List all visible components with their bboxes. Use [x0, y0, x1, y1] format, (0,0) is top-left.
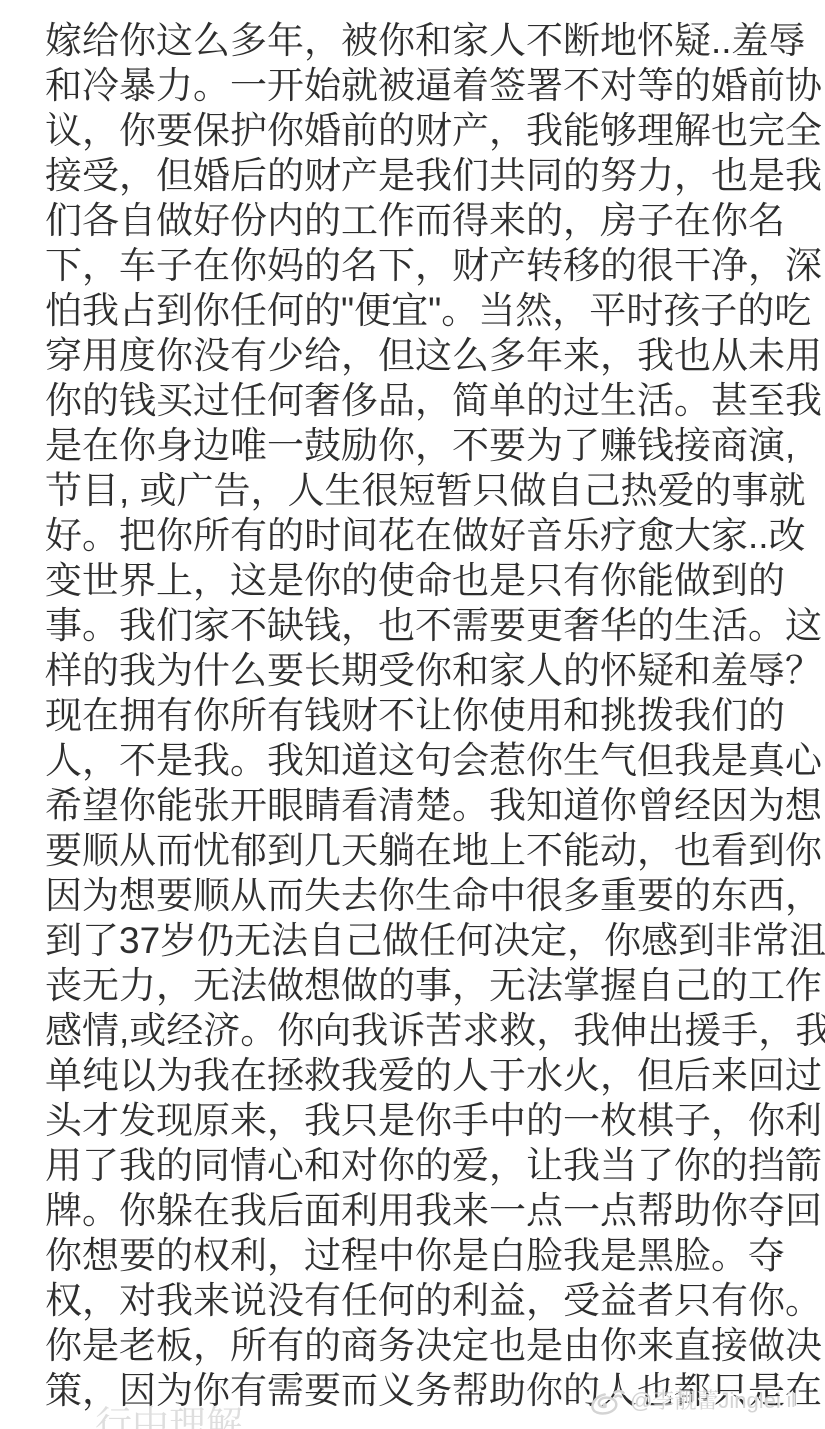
letter-text: 嫁给你这么多年，被你和家人不断地怀疑..羞辱和冷暴力。一开始就被逼着签署不对等的… [45, 18, 815, 1413]
text-line: 权，对我来说没有任何的利益，受益者只有你。 [45, 1278, 815, 1323]
text-line: 现在拥有你所有钱财不让你使用和挑拨我们的 [45, 693, 815, 738]
text-line: 们各自做好份内的工作而得来的，房子在你名 [45, 198, 815, 243]
text-line: 到了37岁仍无法自己做任何决定，你感到非常沮 [45, 918, 815, 963]
letter-partial-line: 行中理解。 [95, 1402, 280, 1429]
letter-image: 嫁给你这么多年，被你和家人不断地怀疑..羞辱和冷暴力。一开始就被逼着签署不对等的… [0, 0, 825, 1429]
text-line: 事。我们家不缺钱，也不需要更奢华的生活。这 [45, 603, 815, 648]
text-line: 样的我为什么要长期受你和家人的怀疑和羞辱？ [45, 648, 815, 693]
text-line: 和冷暴力。一开始就被逼着签署不对等的婚前协 [45, 63, 815, 108]
text-line: 变世界上，这是你的使命也是只有你能做到的 [45, 558, 815, 603]
text-line: 用了我的同情心和对你的爱，让我当了你的挡箭 [45, 1143, 815, 1188]
watermark-handle: @李靓蕾Jinglei [630, 1386, 781, 1416]
text-line: 头才发现原来，我只是你手中的一枚棋子，你利 [45, 1098, 815, 1143]
text-line: 你想要的权利，过程中你是白脸我是黑脸。夺 [45, 1233, 815, 1278]
text-line: 好。把你所有的时间花在做好音乐疗愈大家..改 [45, 513, 815, 558]
text-line: 人，不是我。我知道这句会惹你生气但我是真心 [45, 738, 815, 783]
weibo-logo-icon [590, 1386, 626, 1416]
text-line: 接受，但婚后的财产是我们共同的努力，也是我 [45, 153, 815, 198]
text-line: 牌。你躲在我后面利用我来一点一点帮助你夺回 [45, 1188, 815, 1233]
text-line: 嫁给你这么多年，被你和家人不断地怀疑..羞辱 [45, 18, 815, 63]
text-line: 穿用度你没有少给，但这么多年来，我也从未用 [45, 333, 815, 378]
text-line: 感情,或经济。你向我诉苦求救，我伸出援手，我 [45, 1008, 815, 1053]
watermark-fragment: il [787, 1386, 796, 1416]
text-line: 丧无力，无法做想做的事，无法掌握自己的工作, [45, 963, 815, 1008]
text-line: 你是老板，所有的商务决定也是由你来直接做决 [45, 1323, 815, 1368]
text-line: 节目, 或广告，人生很短暂只做自己热爱的事就 [45, 468, 815, 513]
text-line: 要顺从而忧郁到几天躺在地上不能动，也看到你 [45, 828, 815, 873]
text-line: 希望你能张开眼睛看清楚。我知道你曾经因为想 [45, 783, 815, 828]
text-line: 你的钱买过任何奢侈品，简单的过生活。甚至我 [45, 378, 815, 423]
text-line: 怕我占到你任何的"便宜"。当然，平时孩子的吃 [45, 288, 815, 333]
text-line: 因为想要顺从而失去你生命中很多重要的东西， [45, 873, 815, 918]
text-line: 下，车子在你妈的名下，财产转移的很干净，深 [45, 243, 815, 288]
text-line: 单纯以为我在拯救我爱的人于水火，但后来回过 [45, 1053, 815, 1098]
text-line: 议，你要保护你婚前的财产，我能够理解也完全 [45, 108, 815, 153]
weibo-watermark: @李靓蕾Jinglei il [590, 1386, 796, 1416]
text-line: 是在你身边唯一鼓励你，不要为了赚钱接商演, [45, 423, 815, 468]
